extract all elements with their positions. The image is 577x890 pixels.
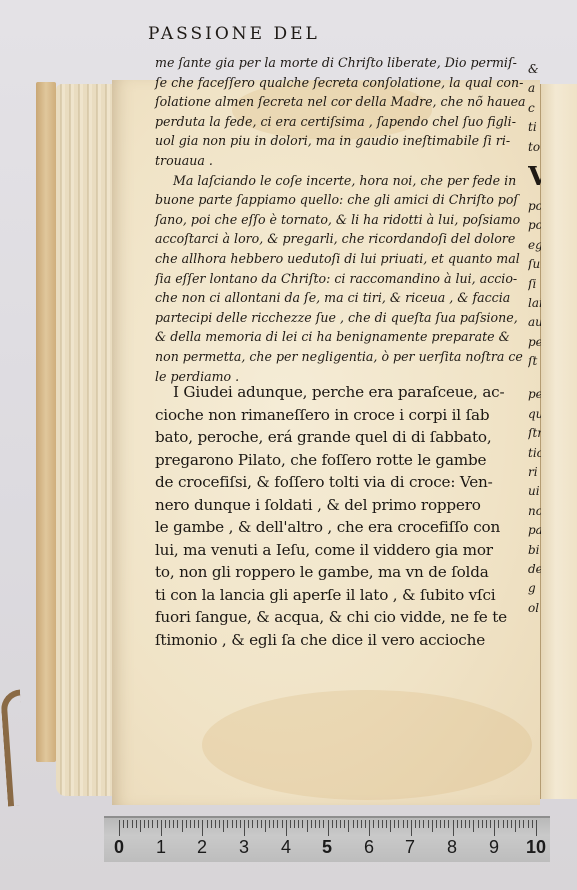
- ruler-label: 6: [364, 837, 374, 858]
- ruler-tick: [140, 820, 141, 832]
- fragment: ſu: [528, 255, 541, 274]
- fragment: ti: [528, 118, 541, 137]
- ruler-tick: [361, 820, 362, 828]
- ruler-tick: [202, 820, 203, 836]
- ruler-tick: [144, 820, 145, 828]
- ruler-tick: [294, 820, 295, 828]
- book-cover-edge: [36, 82, 56, 762]
- text-line: fuori ſangue, & acqua, & chi cio vidde, …: [155, 606, 495, 629]
- ruler-tick: [482, 820, 483, 828]
- ruler-tick: [465, 820, 466, 828]
- text-line: lui, ma venuti a Ieſu, come il viddero g…: [155, 539, 495, 562]
- ruler-tick: [173, 820, 174, 828]
- ruler-tick: [486, 820, 487, 828]
- text-line: bato, peroche, erá grande quel di di ſab…: [155, 426, 495, 449]
- italic-text-block: me ſante gia per la morte di Chriſto lib…: [155, 53, 491, 386]
- ruler-tick: [478, 820, 479, 828]
- measurement-ruler: 0 1 2 3 4 5 6 7 8 9 10: [104, 816, 550, 862]
- ruler-tick: [394, 820, 395, 828]
- fragment: &: [528, 60, 541, 79]
- text-line: Ma laſciando le coſe incerte, hora noi, …: [155, 171, 491, 191]
- ruler-tick: [248, 820, 249, 828]
- ruler-tick: [157, 820, 158, 828]
- ruler-tick: [344, 820, 345, 828]
- ruler-tick: [302, 820, 303, 828]
- ruler-tick: [440, 820, 441, 828]
- ruler-tick: [136, 820, 137, 828]
- ruler-label: 5: [322, 837, 332, 858]
- fragment: pe: [528, 333, 541, 352]
- ruler-tick: [198, 820, 199, 828]
- fragment: ui: [528, 482, 541, 501]
- ruler-label: 8: [447, 837, 457, 858]
- ruler-tick: [186, 820, 187, 828]
- text-line: I Giudei adunque, perche era paraſceue, …: [155, 381, 495, 404]
- fragment: c: [528, 99, 541, 118]
- ruler-tick: [177, 820, 178, 828]
- ruler-tick: [211, 820, 212, 828]
- ruler-tick: [298, 820, 299, 828]
- ruler-tick: [373, 820, 374, 828]
- ruler-tick: [207, 820, 208, 828]
- text-line: trouaua .: [155, 151, 491, 171]
- ruler-tick: [453, 820, 454, 836]
- fragment: bi: [528, 541, 541, 560]
- drop-capital: V: [528, 157, 541, 197]
- fragment: a: [528, 79, 541, 98]
- fragment: ol: [528, 599, 541, 618]
- ruler-tick: [528, 820, 529, 828]
- ruler-tick: [307, 820, 308, 832]
- text-line: perduta la fede, ci era certiſsima , ſap…: [155, 112, 491, 132]
- ruler-tick: [269, 820, 270, 828]
- ruler-label: 3: [239, 837, 249, 858]
- text-line: accoſtarci à loro, & pregarli, che ricor…: [155, 229, 491, 249]
- fragment: ſtr: [528, 424, 541, 443]
- ruler-tick: [277, 820, 278, 828]
- bookmark-ribbon: [0, 689, 28, 806]
- ruler-tick: [119, 820, 120, 836]
- ruler-tick: [411, 820, 412, 836]
- text-line: ſtimonio , & egli ſa che dice il vero ac…: [155, 629, 495, 652]
- page-block-edges: [56, 84, 114, 796]
- ruler-tick: [419, 820, 420, 828]
- ruler-label: 2: [197, 837, 207, 858]
- ruler-tick: [232, 820, 233, 828]
- ruler-tick: [311, 820, 312, 828]
- ruler-tick: [223, 820, 224, 832]
- ruler-tick: [236, 820, 237, 828]
- ruler-tick: [286, 820, 287, 836]
- text-line: ſe che faceſſero qualche ſecreta conſola…: [155, 73, 491, 93]
- fragment: qu: [528, 405, 541, 424]
- ruler-label: 7: [405, 837, 415, 858]
- ruler-tick: [290, 820, 291, 828]
- text-line: ſano, poi che eſſo è tornato, & li ha ri…: [155, 210, 491, 230]
- fragment: pe: [528, 385, 541, 404]
- ruler-label: 1: [156, 837, 166, 858]
- ruler-tick: [240, 820, 241, 828]
- ruler-tick: [536, 820, 537, 836]
- text-line: to, non gli roppero le gambe, ma vn de ſ…: [155, 561, 495, 584]
- ruler-tick: [407, 820, 408, 828]
- ruler-tick: [494, 820, 495, 836]
- text-line: ſolatione almen ſecreta nel cor della Ma…: [155, 92, 491, 112]
- ruler-label: 4: [281, 837, 291, 858]
- ruler-tick: [252, 820, 253, 828]
- ruler-tick: [227, 820, 228, 828]
- ruler-tick: [257, 820, 258, 828]
- fragment: ſi: [528, 275, 541, 294]
- ruler-tick: [498, 820, 499, 828]
- fragment: eg: [528, 236, 541, 255]
- ruler-tick: [473, 820, 474, 832]
- ruler-tick: [415, 820, 416, 828]
- water-stain: [202, 690, 532, 800]
- ruler-tick: [127, 820, 128, 828]
- text-line: buone parte ſappiamo quello: che gli ami…: [155, 190, 491, 210]
- facing-page-text-fragments: & a c ti to V po po eg ſu ſi lai au pe ſ…: [528, 60, 541, 618]
- ruler-tick: [273, 820, 274, 828]
- ruler-tick: [436, 820, 437, 828]
- ruler-tick: [444, 820, 445, 828]
- ruler-tick: [369, 820, 370, 836]
- ruler-tick: [457, 820, 458, 828]
- text-line: uol gia non piu in dolori, ma in gaudio …: [155, 131, 491, 151]
- text-line: nero dunque i ſoldati , & del primo ropp…: [155, 494, 495, 517]
- ruler-tick: [519, 820, 520, 828]
- ruler-tick: [503, 820, 504, 828]
- text-line: ſia eſſer lontano da Chriſto: ci raccoma…: [155, 269, 491, 289]
- ruler-tick: [182, 820, 183, 832]
- fragment: po: [528, 197, 541, 216]
- ruler-tick: [323, 820, 324, 828]
- ruler-tick: [353, 820, 354, 828]
- ruler-tick: [432, 820, 433, 832]
- ruler-tick: [461, 820, 462, 828]
- text-line: de crocefiſsi, & foſſero tolti via di cr…: [155, 471, 495, 494]
- ruler-tick: [490, 820, 491, 828]
- text-line: che allhora hebbero uedutoſi di lui priu…: [155, 249, 491, 269]
- ruler-tick: [403, 820, 404, 828]
- fragment: ſt: [528, 352, 541, 371]
- ruler-tick: [423, 820, 424, 828]
- facing-page-edge: [540, 84, 577, 799]
- ruler-tick: [215, 820, 216, 828]
- text-line: partecipi delle ricchezze ſue , che di q…: [155, 308, 491, 328]
- ruler-tick: [332, 820, 333, 828]
- ruler-tick: [132, 820, 133, 828]
- ruler-tick: [165, 820, 166, 828]
- text-line: & della memoria di lei ci ha benignament…: [155, 327, 491, 347]
- text-line: pregarono Pilato, che foſſero rotte le g…: [155, 449, 495, 472]
- fragment: de: [528, 560, 541, 579]
- ruler-tick: [532, 820, 533, 828]
- ruler-tick: [328, 820, 329, 836]
- ruler-tick: [123, 820, 124, 828]
- fragment: pa: [528, 521, 541, 540]
- ruler-tick: [348, 820, 349, 832]
- ruler-tick: [523, 820, 524, 828]
- ruler-tick: [219, 820, 220, 828]
- ruler-tick: [261, 820, 262, 828]
- ruler-tick: [390, 820, 391, 832]
- ruler-tick: [382, 820, 383, 828]
- text-line: non permetta, che per negligentia, ò per…: [155, 347, 491, 367]
- text-line: me ſante gia per la morte di Chriſto lib…: [155, 53, 491, 73]
- ruler-tick: [336, 820, 337, 828]
- ruler-label: 10: [526, 837, 546, 858]
- ruler-tick: [152, 820, 153, 828]
- ruler-label: 0: [114, 837, 124, 858]
- ruler-tick: [448, 820, 449, 828]
- ruler-tick: [515, 820, 516, 832]
- fragment: tic: [528, 444, 541, 463]
- fragment: g: [528, 579, 541, 598]
- text-line: che non ci allontani da ſe, ma ci tiri, …: [155, 288, 491, 308]
- ruler-tick: [378, 820, 379, 828]
- roman-text-block: I Giudei adunque, perche era paraſceue, …: [155, 381, 495, 651]
- fragment: au: [528, 313, 541, 332]
- text-line: le gambe , & dell'altro , che era crocef…: [155, 516, 495, 539]
- ruler-tick: [190, 820, 191, 828]
- fragment: ri: [528, 463, 541, 482]
- ruler-tick: [161, 820, 162, 836]
- ruler-tick: [265, 820, 266, 832]
- running-head: PASSIONE DEL: [148, 24, 320, 44]
- text-line: cioche non rimaneſſero in croce i corpi …: [155, 404, 495, 427]
- fragment: to: [528, 138, 541, 157]
- ruler-tick: [507, 820, 508, 828]
- text-line: ti con la lancia gli aperſe il lato , & …: [155, 584, 495, 607]
- ruler-tick: [319, 820, 320, 828]
- ruler-tick: [282, 820, 283, 828]
- ruler-tick: [340, 820, 341, 828]
- ruler-tick: [365, 820, 366, 828]
- ruler-tick: [194, 820, 195, 828]
- ruler-tick: [398, 820, 399, 828]
- ruler-tick: [357, 820, 358, 828]
- ruler-label: 9: [489, 837, 499, 858]
- fragment: no: [528, 502, 541, 521]
- fragment: lai: [528, 294, 541, 313]
- ruler-tick: [244, 820, 245, 836]
- ruler-tick: [386, 820, 387, 828]
- fragment: po: [528, 216, 541, 235]
- ruler-tick: [315, 820, 316, 828]
- ruler-tick: [169, 820, 170, 828]
- ruler-tick: [511, 820, 512, 828]
- ruler-tick: [428, 820, 429, 828]
- ruler-tick: [148, 820, 149, 828]
- ruler-tick: [469, 820, 470, 828]
